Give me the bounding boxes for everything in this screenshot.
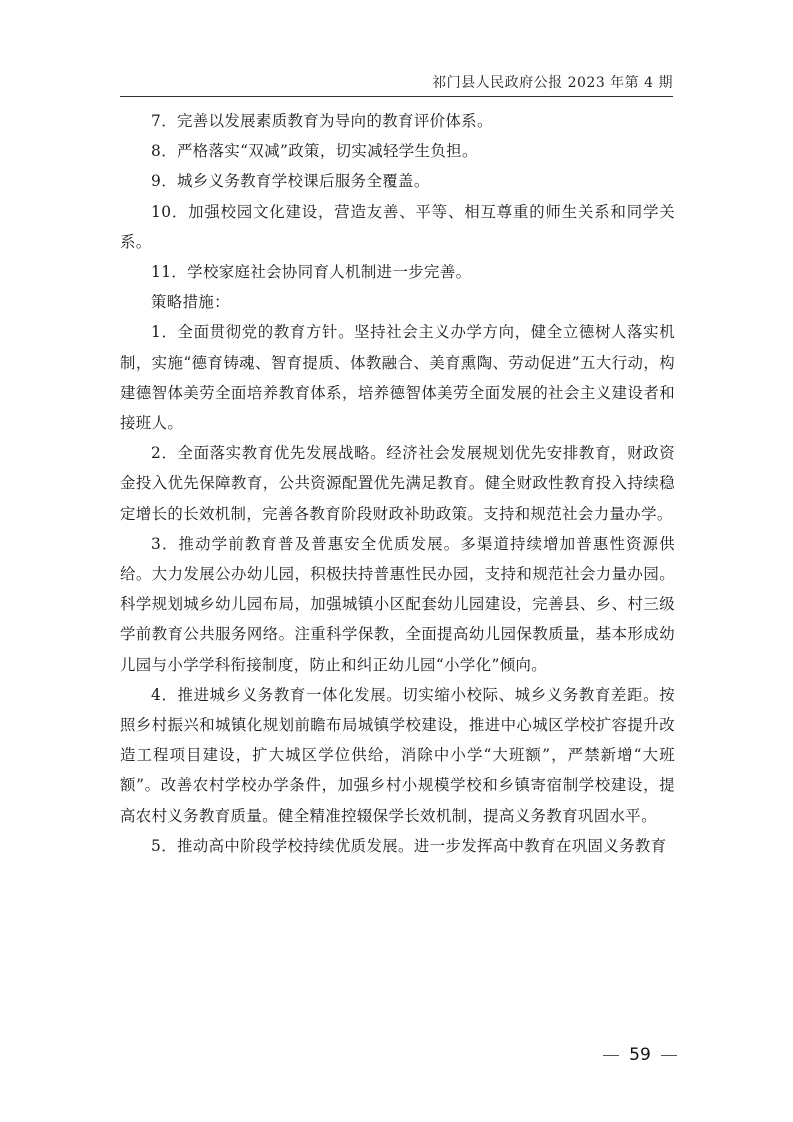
section-heading-strategy: 策略措施： xyxy=(120,287,675,317)
goal-item-8: 8．严格落实“双减”政策，切实减轻学生负担。 xyxy=(120,136,675,166)
measure-item-3: 3．推动学前教育普及普惠安全优质发展。多渠道持续增加普惠性资源供给。大力发展公办… xyxy=(120,529,675,680)
page-footer: 59 xyxy=(590,1040,690,1070)
measure-item-2: 2．全面落实教育优先发展战略。经济社会发展规划优先安排教育，财政资金投入优先保障… xyxy=(120,438,675,529)
measure-item-4: 4．推进城乡义务教育一体化发展。切实缩小校际、城乡义务教育差距。按照乡村振兴和城… xyxy=(120,680,675,831)
goal-item-7: 7．完善以发展素质教育为导向的教育评价体系。 xyxy=(120,106,675,136)
goal-item-10: 10．加强校园文化建设，营造友善、平等、相互尊重的师生关系和同学关系。 xyxy=(120,197,675,257)
document-body: 7．完善以发展素质教育为导向的教育评价体系。 8．严格落实“双减”政策，切实减轻… xyxy=(120,106,675,861)
measure-item-1: 1．全面贯彻党的教育方针。坚持社会主义办学方向，健全立德树人落实机制，实施“德育… xyxy=(120,317,675,438)
goal-item-9: 9．城乡义务教育学校课后服务全覆盖。 xyxy=(120,166,675,196)
measure-item-5: 5．推动高中阶段学校持续优质发展。进一步发挥高中教育在巩固义务教育 xyxy=(120,831,675,861)
dash-right-decoration xyxy=(661,1055,677,1056)
page-number: 59 xyxy=(629,1045,651,1065)
page-header: 祁门县人民政府公报 2023 年第 4 期 xyxy=(120,72,673,97)
dash-left-decoration xyxy=(603,1055,619,1056)
publication-title: 祁门县人民政府公报 2023 年第 4 期 xyxy=(432,75,673,91)
goal-item-11: 11．学校家庭社会协同育人机制进一步完善。 xyxy=(120,257,675,287)
